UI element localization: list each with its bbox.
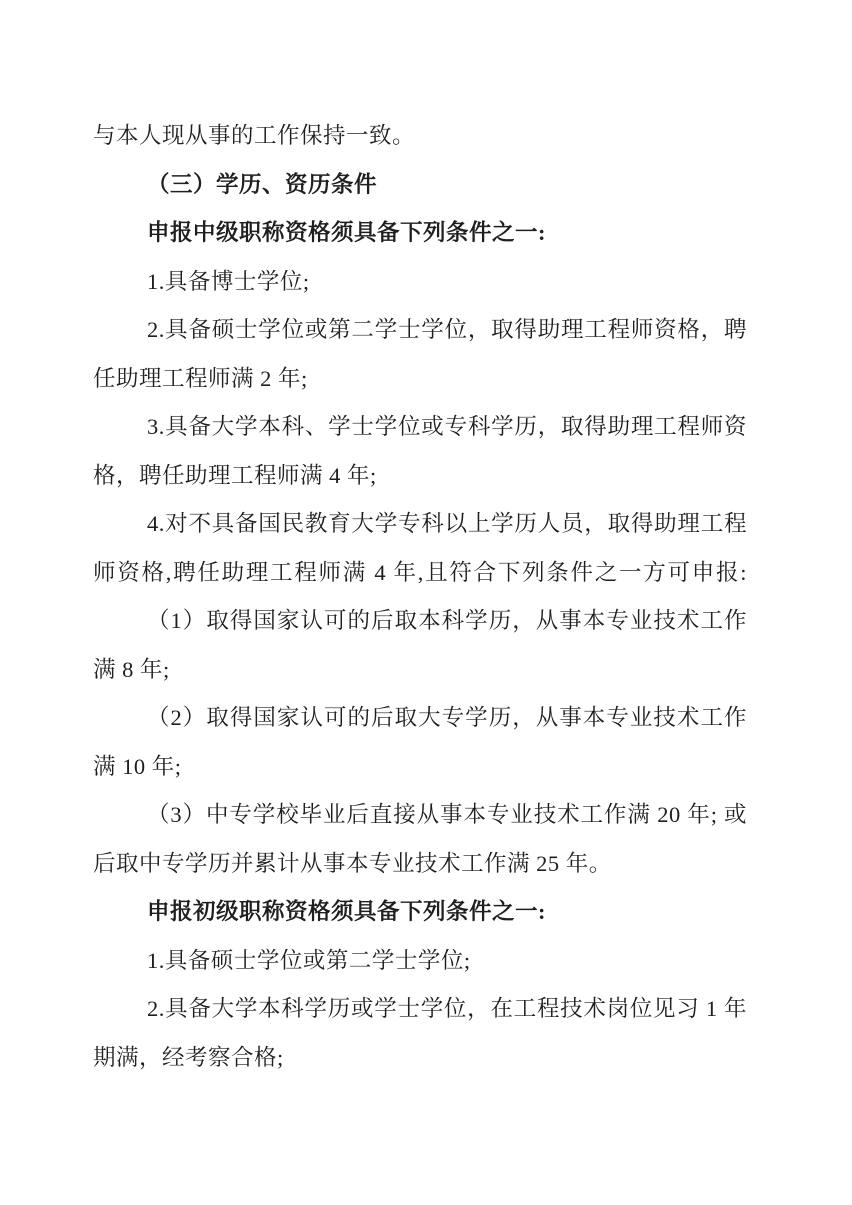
text-line: 师资格,聘任助理工程师满 4 年,且符合下列条件之一方可申报:	[93, 549, 747, 598]
text-line: 3.具备大学本科、学士学位或专科学历，取得助理工程师资	[93, 403, 747, 452]
text-line: 满 10 年;	[93, 743, 747, 792]
text-line: （2）取得国家认可的后取大专学历，从事本专业技术工作	[93, 694, 747, 743]
text-line: 与本人现从事的工作保持一致。	[93, 112, 747, 161]
text-line: 后取中专学历并累计从事本专业技术工作满 25 年。	[93, 840, 747, 889]
text-line: 2.具备大学本科学历或学士学位，在工程技术岗位见习 1 年	[93, 985, 747, 1034]
text-line: 满 8 年;	[93, 646, 747, 695]
text-line: 1.具备硕士学位或第二学士学位;	[93, 937, 747, 986]
text-line: （1）取得国家认可的后取本科学历，从事本专业技术工作	[93, 597, 747, 646]
text-line: 期满，经考察合格;	[93, 1034, 747, 1083]
text-line: 申报中级职称资格须具备下列条件之一:	[93, 209, 747, 258]
document-page: 与本人现从事的工作保持一致。（三）学历、资历条件申报中级职称资格须具备下列条件之…	[0, 0, 852, 1205]
text-line: 2.具备硕士学位或第二学士学位，取得助理工程师资格，聘	[93, 306, 747, 355]
text-line: 任助理工程师满 2 年;	[93, 355, 747, 404]
document-text-column: 与本人现从事的工作保持一致。（三）学历、资历条件申报中级职称资格须具备下列条件之…	[93, 112, 747, 1082]
text-line: （3）中专学校毕业后直接从事本专业技术工作满 20 年; 或	[93, 791, 747, 840]
text-line: 4.对不具备国民教育大学专科以上学历人员，取得助理工程	[93, 500, 747, 549]
text-line: 格，聘任助理工程师满 4 年;	[93, 452, 747, 501]
text-line: 1.具备博士学位;	[93, 258, 747, 307]
text-line: 申报初级职称资格须具备下列条件之一:	[93, 888, 747, 937]
text-line: （三）学历、资历条件	[93, 161, 747, 210]
